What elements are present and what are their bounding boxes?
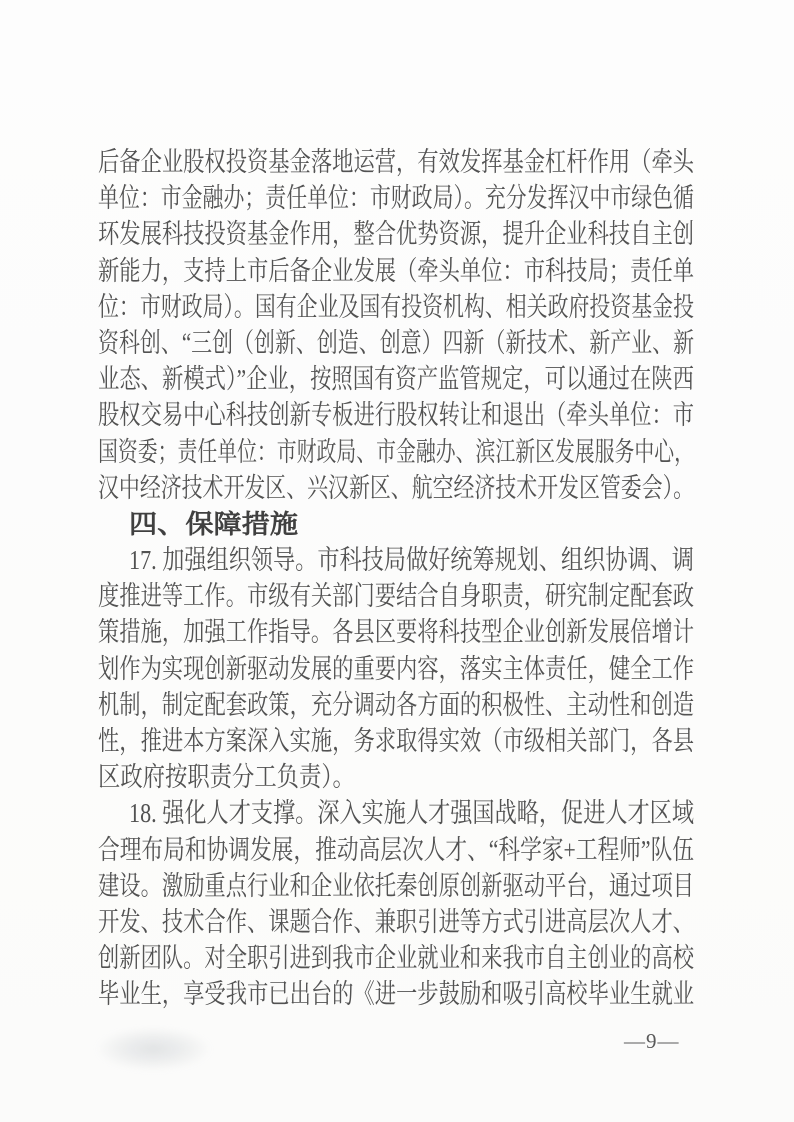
- text-line: 新能力，支持上市后备企业发展（牵头单位：市科技局；责任单: [98, 253, 694, 289]
- text-line: 资科创、“三创（创新、创造、创意）四新（新技术、新产业、新: [98, 325, 694, 361]
- text-line: 后备企业股权投资基金落地运营，有效发挥基金杠杆作用（牵头: [98, 144, 694, 180]
- text-line-content: 开发、技术合作、课题合作、兼职引进等方式引进高层次人才、: [98, 904, 694, 940]
- text-line-content: 度推进等工作。市级有关部门要结合自身职责，研究制定配套政: [98, 578, 694, 614]
- text-line: 单位：市金融办；责任单位：市财政局）。充分发挥汉中市绿色循: [98, 180, 694, 216]
- text-line-content: 业态、新模式）”企业，按照国有资产监管规定，可以通过在陕西: [98, 361, 694, 397]
- text-line: 创新团队。对全职引进到我市企业就业和来我市自主创业的高校: [98, 940, 694, 976]
- text-line-content: 股权交易中心科技创新专板进行股权转让和退出（牵头单位：市: [98, 397, 694, 433]
- text-line-content: 建设。激励重点行业和企业依托秦创原创新驱动平台，通过项目: [98, 868, 694, 904]
- text-line-content: 单位：市金融办；责任单位：市财政局）。充分发挥汉中市绿色循: [98, 180, 694, 216]
- text-line-content: 资科创、“三创（创新、创造、创意）四新（新技术、新产业、新: [98, 325, 694, 361]
- text-line-content: 18. 强化人才支撑。深入实施人才强国战略，促进人才区域: [129, 795, 694, 831]
- text-line: 机制，制定配套政策，充分调动各方面的积极性、主动性和创造: [98, 687, 694, 723]
- text-line-content: 合理布局和协调发展，推动高层次人才、“科学家+工程师”队伍: [98, 832, 694, 868]
- text-line-content: 毕业生，享受我市已出台的《进一步鼓励和吸引高校毕业生就业: [98, 976, 694, 1012]
- scan-smudge: [96, 1027, 211, 1071]
- text-line-content: 性，推进本方案深入实施，务求取得实效（市级相关部门，各县: [98, 723, 694, 759]
- text-line-content: 位：市财政局）。国有企业及国有投资机构、相关政府投资基金投: [98, 289, 694, 325]
- text-line-content: 策措施，加强工作指导。各县区要将科技型企业创新发展倍增计: [98, 614, 694, 650]
- text-line: 开发、技术合作、课题合作、兼职引进等方式引进高层次人才、: [98, 904, 694, 940]
- text-line: 策措施，加强工作指导。各县区要将科技型企业创新发展倍增计: [98, 614, 694, 650]
- text-line-content: 四、保障措施: [129, 506, 298, 542]
- text-line-content: 机制，制定配套政策，充分调动各方面的积极性、主动性和创造: [98, 687, 694, 723]
- document-page: 后备企业股权投资基金落地运营，有效发挥基金杠杆作用（牵头单位：市金融办；责任单位…: [0, 0, 794, 1122]
- text-line-content: 环发展科技投资基金作用，整合优势资源，提升企业科技自主创: [98, 216, 694, 252]
- text-line: 合理布局和协调发展，推动高层次人才、“科学家+工程师”队伍: [98, 832, 694, 868]
- text-line: 汉中经济技术开发区、兴汉新区、航空经济技术开发区管委会）。: [98, 470, 694, 506]
- document-body: 后备企业股权投资基金落地运营，有效发挥基金杠杆作用（牵头单位：市金融办；责任单位…: [98, 144, 694, 1013]
- text-line-content: 国资委；责任单位：市财政局、市金融办、滨江新区发展服务中心，: [98, 434, 694, 470]
- text-line: 股权交易中心科技创新专板进行股权转让和退出（牵头单位：市: [98, 397, 694, 433]
- text-line: 国资委；责任单位：市财政局、市金融办、滨江新区发展服务中心，: [98, 434, 694, 470]
- text-line: 性，推进本方案深入实施，务求取得实效（市级相关部门，各县: [98, 723, 694, 759]
- text-line: 业态、新模式）”企业，按照国有资产监管规定，可以通过在陕西: [98, 361, 694, 397]
- text-line-content: 创新团队。对全职引进到我市企业就业和来我市自主创业的高校: [98, 940, 694, 976]
- text-line-content: 后备企业股权投资基金落地运营，有效发挥基金杠杆作用（牵头: [98, 144, 694, 180]
- page-number: —9—: [624, 1029, 680, 1053]
- text-line: 环发展科技投资基金作用，整合优势资源，提升企业科技自主创: [98, 216, 694, 252]
- text-line: 度推进等工作。市级有关部门要结合自身职责，研究制定配套政: [98, 578, 694, 614]
- text-line: 位：市财政局）。国有企业及国有投资机构、相关政府投资基金投: [98, 289, 694, 325]
- text-line: 17. 加强组织领导。市科技局做好统筹规划、组织协调、调: [98, 542, 694, 578]
- text-line-content: 划作为实现创新驱动发展的重要内容，落实主体责任，健全工作: [98, 651, 694, 687]
- text-line: 毕业生，享受我市已出台的《进一步鼓励和吸引高校毕业生就业: [98, 976, 694, 1012]
- text-line-content: 区政府按职责分工负责）。: [98, 759, 355, 795]
- section-heading: 四、保障措施: [98, 506, 694, 542]
- text-line: 18. 强化人才支撑。深入实施人才强国战略，促进人才区域: [98, 795, 694, 831]
- text-line-content: 新能力，支持上市后备企业发展（牵头单位：市科技局；责任单: [98, 253, 694, 289]
- text-line-content: 汉中经济技术开发区、兴汉新区、航空经济技术开发区管委会）。: [98, 470, 694, 506]
- text-line: 区政府按职责分工负责）。: [98, 759, 694, 795]
- text-line: 建设。激励重点行业和企业依托秦创原创新驱动平台，通过项目: [98, 868, 694, 904]
- text-line: 划作为实现创新驱动发展的重要内容，落实主体责任，健全工作: [98, 651, 694, 687]
- text-line-content: 17. 加强组织领导。市科技局做好统筹规划、组织协调、调: [129, 542, 694, 578]
